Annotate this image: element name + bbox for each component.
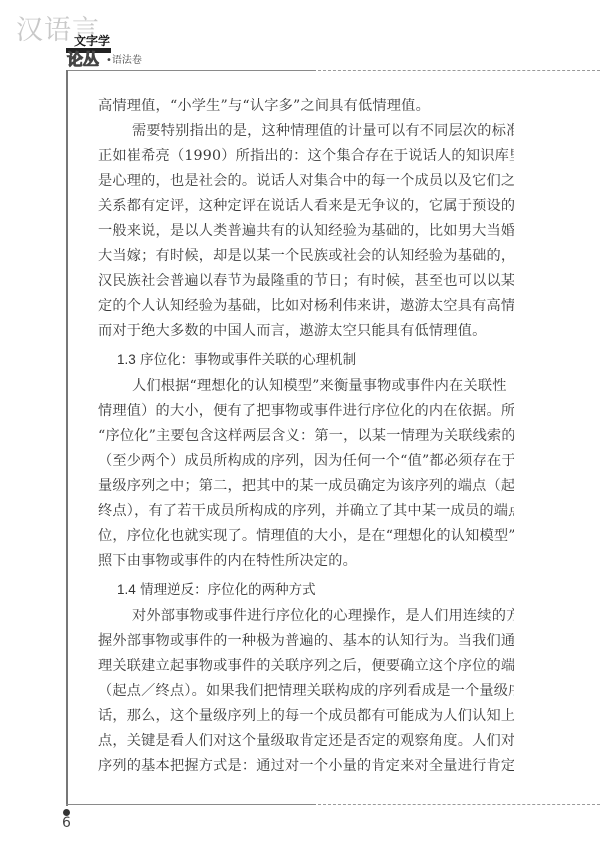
paragraph-2: 需要特别指出的是，这种情理值的计量可以有不同层次的标准。这 正如崔希亮（1990… bbox=[98, 119, 514, 344]
text-line: 话，那么，这个量级序列上的每一个成员都有可能成为人们认知上的端 bbox=[98, 704, 514, 729]
text-line: 量级序列之中；第二，把其中的某一成员确定为该序列的端点（起点／ bbox=[98, 474, 514, 499]
volume-label: •语法卷 bbox=[106, 55, 142, 67]
text-line: “序位化”主要包含这样两层含义：第一，以某一情理为关联线索的一组 bbox=[98, 424, 514, 449]
text-line: 人们根据“理想化的认知模型”来衡量事物或事件内在关联性（即 bbox=[98, 374, 514, 399]
section-heading-1-4: 1.4 情理逆反：序位化的两种方式 bbox=[98, 576, 514, 604]
text-line: 正如崔希亮（1990）所指出的：这个集合存在于说话人的知识库里，它 bbox=[98, 144, 514, 169]
bottom-rule-solid bbox=[66, 804, 316, 805]
text-line: 终点），有了若干成员所构成的序列，并确立了其中某一成员的端点地 bbox=[98, 499, 514, 524]
text-line: 序列的基本把握方式是：通过对一个小量的肯定来对全量进行肯定；通 bbox=[98, 754, 514, 779]
text-line: 点，关键是看人们对这个量级取肯定还是否定的观察角度。人们对量级 bbox=[98, 729, 514, 754]
text-line: 而对于绝大多数的中国人而言，遨游太空只能具有低情理值。 bbox=[98, 319, 514, 344]
text-line: （至少两个）成员所构成的序列，因为任何一个“值”都必须存在于一个 bbox=[98, 449, 514, 474]
top-rule-dashed bbox=[318, 70, 600, 71]
text-line: 定的个人认知经验为基础，比如对杨利伟来讲，遨游太空具有高情理值， bbox=[98, 294, 514, 319]
paragraph-1: 高情理值，“小学生”与“认字多”之间具有低情理值。 bbox=[98, 94, 514, 119]
text-line: （起点／终点）。如果我们把情理关联构成的序列看成是一个量级序列的 bbox=[98, 679, 514, 704]
text-line: 关系都有定评，这种定评在说话人看来是无争议的，它属于预设的内容。 bbox=[98, 194, 514, 219]
text-line: 一般来说，是以人类普遍共有的认知经验为基础的，比如男大当婚，女 bbox=[98, 219, 514, 244]
text-line: 需要特别指出的是，这种情理值的计量可以有不同层次的标准。这 bbox=[98, 119, 514, 144]
section-number: 1.3 bbox=[117, 352, 136, 367]
section-title: 情理逆反：序位化的两种方式 bbox=[140, 582, 316, 598]
left-margin-rule bbox=[66, 70, 68, 806]
text-line: 握外部事物或事件的一种极为普遍的、基本的认知行为。当我们通过情 bbox=[98, 629, 514, 654]
paragraph-3: 人们根据“理想化的认知模型”来衡量事物或事件内在关联性（即 情理值）的大小，便有… bbox=[98, 374, 514, 574]
logo-top-text: 文字学 bbox=[74, 34, 110, 48]
section-number: 1.4 bbox=[117, 582, 136, 597]
text-line: 高情理值，“小学生”与“认字多”之间具有低情理值。 bbox=[98, 94, 514, 119]
text-line: 理关联建立起事物或事件的关联序列之后，便要确立这个序位的端点 bbox=[98, 654, 514, 679]
text-line: 是心理的，也是社会的。说话人对集合中的每一个成员以及它们之间的 bbox=[98, 169, 514, 194]
top-rule-solid bbox=[66, 70, 316, 71]
section-heading-1-3: 1.3 序位化：事物或事件关联的心理机制 bbox=[98, 346, 514, 374]
text-line: 对外部事物或事件进行序位化的心理操作，是人们用连续的方式把 bbox=[98, 604, 514, 629]
text-line: 情理值）的大小，便有了把事物或事件进行序位化的内在依据。所谓 bbox=[98, 399, 514, 424]
bottom-rule-dashed bbox=[318, 804, 600, 805]
logo-bottom-text: 论丛 bbox=[67, 51, 99, 69]
text-line: 大当嫁；有时候，却是以某一个民族或社会的认知经验为基础的，比如 bbox=[98, 244, 514, 269]
text-line: 照下由事物或事件的内在特性所决定的。 bbox=[98, 549, 514, 574]
body-text: 高情理值，“小学生”与“认字多”之间具有低情理值。 需要特别指出的是，这种情理值… bbox=[98, 94, 514, 779]
page-number: 6 bbox=[62, 815, 71, 831]
paragraph-4: 对外部事物或事件进行序位化的心理操作，是人们用连续的方式把 握外部事物或事件的一… bbox=[98, 604, 514, 779]
section-title: 序位化：事物或事件关联的心理机制 bbox=[140, 352, 356, 368]
text-line: 汉民族社会普遍以春节为最隆重的节日；有时候，甚至也可以以某一特 bbox=[98, 269, 514, 294]
text-line: 位，序位化也就实现了。情理值的大小，是在“理想化的认知模型”观 bbox=[98, 524, 514, 549]
